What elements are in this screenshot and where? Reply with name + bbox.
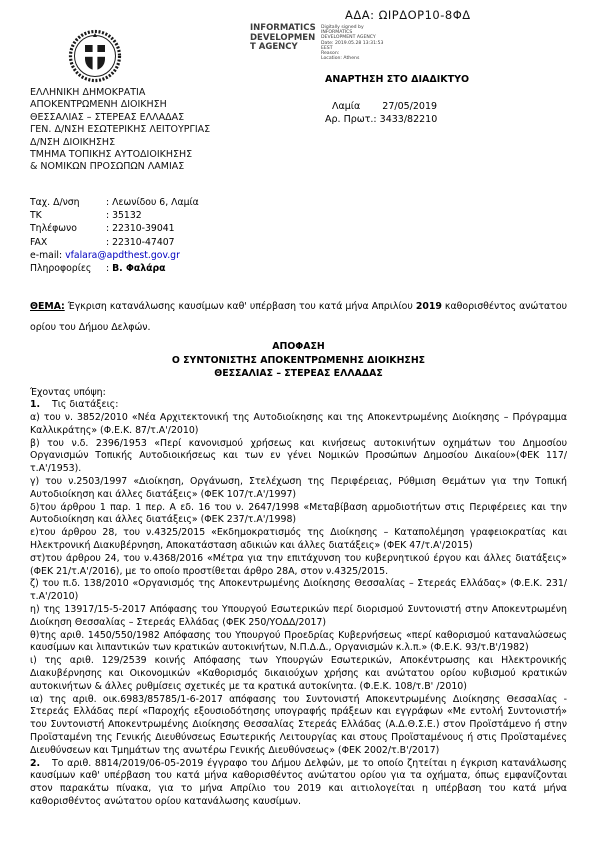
subject-year: 2019: [416, 301, 442, 312]
subject-paragraph: ΘΕΜΑ: Έγκριση κατανάλωσης καυσίμων καθ' …: [30, 296, 567, 338]
contact-label: Ταχ. Δ/νση: [30, 196, 106, 209]
protocol-number: 3433/82210: [380, 114, 438, 125]
item-2-text: Το αριθ. 8814/2019/06-05-2019 έγγραφο το…: [30, 758, 567, 807]
document-date: 27/05/2019: [382, 101, 437, 112]
protocol-line: Αρ. Πρωτ.: 3433/82210: [325, 114, 437, 125]
greek-coat-of-arms-icon: [68, 29, 122, 83]
decision-region: ΘΕΣΣΑΛΙΑΣ – ΣΤΕΡΕΑΣ ΕΛΛΑΔΑΣ: [30, 367, 567, 381]
contact-row-fax: FAX : 22310-47407: [30, 236, 199, 249]
subject-text-before: Έγκριση κατανάλωσης καυσίμων καθ' υπέρβα…: [68, 301, 416, 312]
provision-h: η) της 13917/15-5-2017 Απόφασης του Υπου…: [30, 604, 567, 630]
info-person-name: Β. Φαλάρα: [112, 263, 165, 274]
decision-title: ΑΠΟΦΑΣΗ: [30, 340, 567, 354]
signature-detail-line: Location: Athens: [321, 56, 383, 61]
signature-details: Digitally signed by INFORMATICS DEVELOPM…: [321, 24, 383, 61]
contact-value: : 35132: [106, 209, 199, 222]
contact-value: : Λεωνίδου 6, Λαμία: [106, 196, 199, 209]
city-date-line: Λαμία 27/05/2019: [332, 101, 437, 112]
subject-label: ΘΕΜΑ:: [30, 301, 65, 312]
email-label: e-mail:: [30, 250, 65, 261]
contact-label: ΤΚ: [30, 209, 106, 222]
item-2-number: 2.: [30, 758, 52, 771]
agency-header-line: ΤΜΗΜΑ ΤΟΠΙΚΗΣ ΑΥΤΟΔΙΟΙΚΗΣΗΣ: [30, 149, 210, 161]
provision-ia: ια) της αριθ. οικ.6983/85785/1-6-2017 απ…: [30, 694, 567, 758]
contact-value: : 22310-47407: [106, 236, 199, 249]
decision-heading: ΑΠΟΦΑΣΗ Ο ΣΥΝΤΟΝΙΣΤΗΣ ΑΠΟΚΕΝΤΡΩΜΕΝΗΣ ΔΙΟ…: [30, 340, 567, 381]
contact-row-info: Πληροφορίες : Β. Φαλάρα: [30, 262, 199, 275]
agency-header-line: & ΝΟΜΙΚΩΝ ΠΡΟΣΩΠΩΝ ΛΑΜΙΑΣ: [30, 161, 210, 173]
signature-agency-name: INFORMATICS DEVELOPMEN T AGENCY: [250, 24, 314, 61]
city-label: Λαμία: [332, 101, 360, 112]
contact-row-postcode: ΤΚ : 35132: [30, 209, 199, 222]
agency-header-line: ΓΕΝ. Δ/ΝΣΗ ΕΣΩΤΕΡΙΚΗΣ ΛΕΙΤΟΥΡΓΙΑΣ: [30, 124, 210, 136]
provision-th: θ)της αριθ. 1450/550/1982 Απόφασης του Υ…: [30, 630, 567, 656]
provision-st: στ)του άρθρου 24, του ν.4368/2016 «Μέτρα…: [30, 553, 567, 579]
item-1-line: 1.Τις διατάξεις:: [30, 399, 567, 412]
contact-value: : 22310-39041: [106, 222, 199, 235]
agency-header: ΕΛΛΗΝΙΚΗ ΔΗΜΟΚΡΑΤΙΑ ΑΠΟΚΕΝΤΡΩΜΕΝΗ ΔΙΟΙΚΗ…: [30, 87, 210, 174]
agency-header-line: Δ/ΝΣΗ ΔΙΟΙΚΗΣΗΣ: [30, 137, 210, 149]
ada-code: ΑΔΑ: ΩΙΡΔΟΡ10-8ΦΔ: [345, 8, 471, 22]
agency-header-line: ΘΕΣΣΑΛΙΑΣ – ΣΤΕΡΕΑΣ ΕΛΛΑΔΑΣ: [30, 112, 210, 124]
provision-z: ζ) του π.δ. 138/2010 «Οργανισμός της Απο…: [30, 578, 567, 604]
digital-signature-stamp: INFORMATICS DEVELOPMEN T AGENCY Digitall…: [250, 24, 383, 61]
contact-row-email: e-mail: vfalara@apdthest.gov.gr: [30, 249, 199, 262]
provision-i: ι) της αριθ. 129/2539 κοινής Απόφασης τω…: [30, 655, 567, 693]
document-body: ΘΕΜΑ: Έγκριση κατανάλωσης καυσίμων καθ' …: [30, 296, 567, 809]
provision-a: α) του ν. 3852/2010 «Νέα Αρχιτεκτονική τ…: [30, 412, 567, 438]
decision-authority: Ο ΣΥΝΤΟΝΙΣΤΗΣ ΑΠΟΚΕΝΤΡΩΜΕΝΗΣ ΔΙΟΙΚΗΣΗΣ: [30, 354, 567, 368]
provision-e: ε)του άρθρου 28, του ν.4325/2015 «Εκδημο…: [30, 527, 567, 553]
agency-header-line: ΑΠΟΚΕΝΤΡΩΜΕΝΗ ΔΙΟΙΚΗΣΗ: [30, 99, 210, 111]
provision-d: δ)του άρθρου 1 παρ. 1 περ. Α εδ. 16 του …: [30, 502, 567, 528]
email-link[interactable]: vfalara@apdthest.gov.gr: [65, 250, 180, 261]
info-label: Πληροφορίες: [30, 262, 106, 275]
item-1-number: 1.: [30, 399, 52, 412]
provision-b: β) του ν.δ. 2396/1953 «Περί κανονισμού χ…: [30, 438, 567, 476]
agency-header-line: ΕΛΛΗΝΙΚΗ ΔΗΜΟΚΡΑΤΙΑ: [30, 87, 210, 99]
info-value: : Β. Φαλάρα: [106, 262, 199, 275]
signature-agency-line: T AGENCY: [250, 43, 314, 53]
provision-c: γ) του ν.2503/1997 «Διοίκηση, Οργάνωση, …: [30, 476, 567, 502]
contact-row-phone: Τηλέφωνο : 22310-39041: [30, 222, 199, 235]
contact-block: Ταχ. Δ/νση : Λεωνίδου 6, Λαμία ΤΚ : 3513…: [30, 196, 199, 275]
signature-detail-line: DEVELOPMENT AGENCY: [321, 35, 383, 40]
contact-label: FAX: [30, 236, 106, 249]
protocol-label: Αρ. Πρωτ.:: [325, 114, 377, 125]
publish-notice: ΑΝΑΡΤΗΣΗ ΣΤΟ ΔΙΑΔΙΚΤΥΟ: [325, 74, 469, 85]
contact-label: Τηλέφωνο: [30, 222, 106, 235]
having-regard: Έχοντας υπόψη:: [30, 387, 567, 400]
item-1-title: Τις διατάξεις:: [52, 399, 118, 410]
item-2-paragraph: 2.Το αριθ. 8814/2019/06-05-2019 έγγραφο …: [30, 758, 567, 809]
document-page: ΑΔΑ: ΩΙΡΔΟΡ10-8ΦΔ INFORMATICS DEVELOPMEN…: [0, 0, 595, 842]
contact-row-address: Ταχ. Δ/νση : Λεωνίδου 6, Λαμία: [30, 196, 199, 209]
